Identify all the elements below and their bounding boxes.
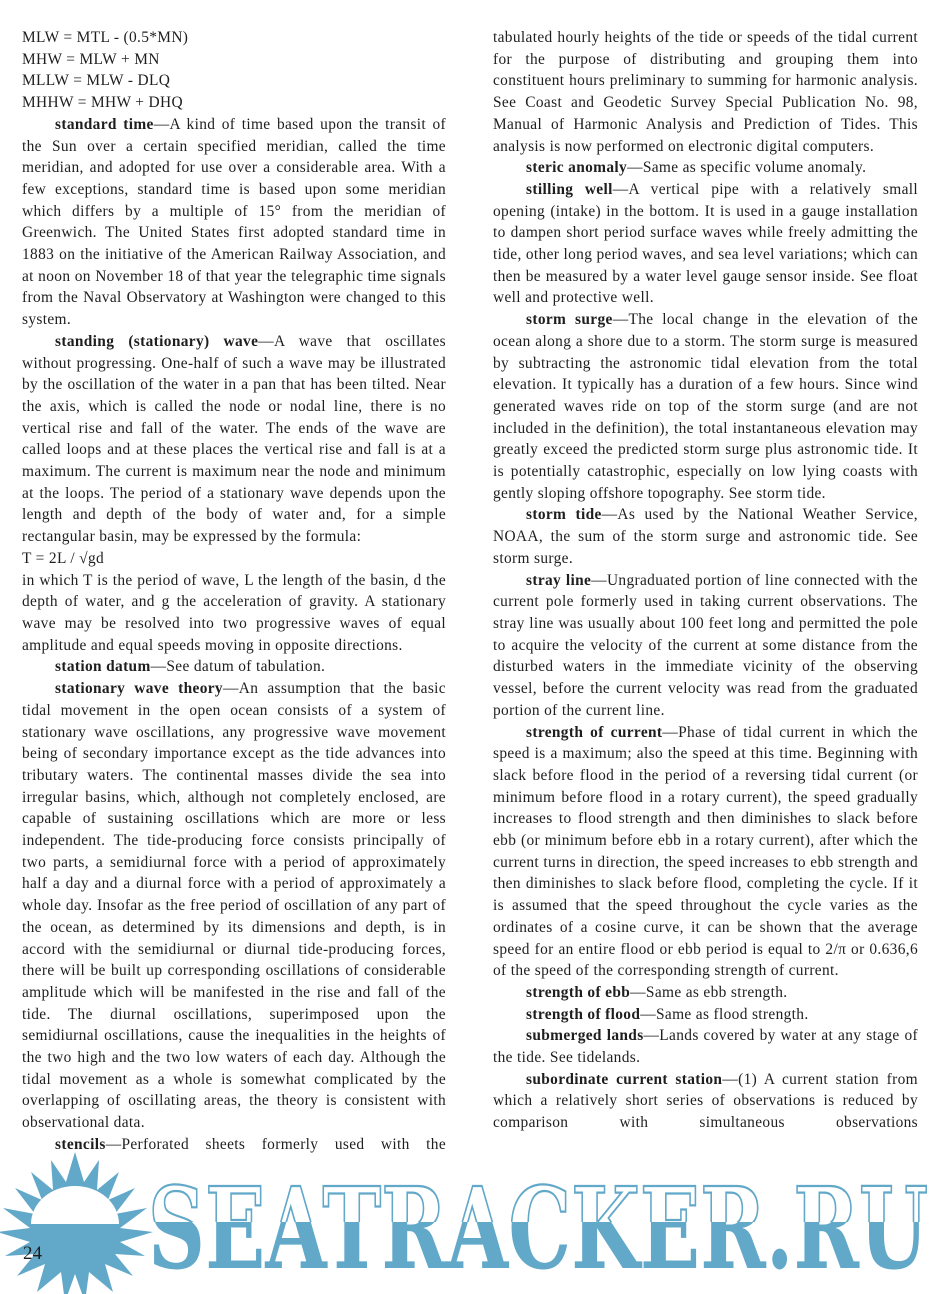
glossary-entry-steric-anomaly: steric anomaly—Same as specific volume a… — [493, 157, 918, 179]
left-column: MLW = MTL - (0.5*MN) MHW = MLW + MN MLLW… — [22, 27, 446, 1156]
entry-definition: A wave that oscillates without progressi… — [22, 333, 446, 545]
glossary-entry-stilling-well: stilling well—A vertical pipe with a rel… — [493, 179, 918, 309]
sunburst-logo-icon — [0, 1152, 153, 1294]
entry-definition: An assumption that the basic tidal movem… — [22, 680, 446, 1131]
entry-definition: Same as ebb strength. — [646, 984, 788, 1001]
em-dash: — — [258, 333, 274, 350]
em-dash: — — [644, 1027, 660, 1044]
entry-term: stationary wave theory — [55, 680, 223, 697]
entry-continuation: tabulated hourly heights of the tide or … — [493, 27, 918, 157]
glossary-entry-subordinate-current-station: subordinate current station—(1) A curren… — [493, 1069, 918, 1134]
glossary-entry-strength-of-current: strength of current—Phase of tidal curre… — [493, 722, 918, 982]
entry-term: standard time — [55, 116, 154, 133]
entry-term: strength of current — [526, 724, 662, 741]
entry-definition: Same as specific volume anomaly. — [643, 159, 866, 176]
em-dash: — — [151, 658, 167, 675]
em-dash: — — [722, 1071, 738, 1088]
watermark-text-fill: SEATRACKER.RU — [148, 1164, 928, 1294]
watermark-text-outline: SEATRACKER.RU — [148, 1164, 928, 1294]
glossary-entry-stationary-wave-theory: stationary wave theory—An assumption tha… — [22, 678, 446, 1134]
entry-term: storm tide — [526, 506, 602, 523]
entry-definition: Phase of tidal current in which the spee… — [493, 724, 918, 980]
entry-term: standing (stationary) wave — [55, 333, 258, 350]
entry-definition: A kind of time based upon the transit of… — [22, 116, 446, 328]
glossary-entry-strength-of-flood: strength of flood—Same as flood strength… — [493, 1004, 918, 1026]
entry-term: stilling well — [526, 181, 613, 198]
glossary-entry-submerged-lands: submerged lands—Lands covered by water a… — [493, 1025, 918, 1068]
glossary-entry-storm-tide: storm tide—As used by the National Weath… — [493, 504, 918, 569]
formula-mhhw: MHHW = MHW + DHQ — [22, 92, 446, 114]
em-dash: — — [640, 1006, 656, 1023]
entry-term: subordinate current station — [526, 1071, 722, 1088]
em-dash: — — [627, 159, 643, 176]
glossary-entry-storm-surge: storm surge—The local change in the elev… — [493, 309, 918, 504]
entry-term: strength of flood — [526, 1006, 640, 1023]
glossary-entry-standard-time: standard time—A kind of time based upon … — [22, 114, 446, 331]
em-dash: — — [630, 984, 646, 1001]
right-column: tabulated hourly heights of the tide or … — [493, 27, 918, 1134]
glossary-entry-strength-of-ebb: strength of ebb—Same as ebb strength. — [493, 982, 918, 1004]
em-dash: — — [662, 724, 678, 741]
em-dash: — — [223, 680, 239, 697]
entry-definition: See datum of tabulation. — [166, 658, 325, 675]
entry-definition: Same as flood strength. — [656, 1006, 809, 1023]
em-dash: — — [591, 572, 607, 589]
glossary-entry-standing-wave: standing (stationary) wave—A wave that o… — [22, 331, 446, 548]
entry-term: stencils — [55, 1136, 106, 1153]
glossary-entry-stray-line: stray line—Ungraduated portion of line c… — [493, 570, 918, 722]
glossary-entry-stencils: stencils—Perforated sheets formerly used… — [22, 1134, 446, 1156]
em-dash: — — [613, 181, 629, 198]
entry-term: station datum — [55, 658, 151, 675]
glossary-entry-station-datum: station datum—See datum of tabulation. — [22, 656, 446, 678]
entry-term: strength of ebb — [526, 984, 630, 1001]
entry-definition: Perforated sheets formerly used with the — [121, 1136, 446, 1153]
formula-mllw: MLLW = MLW - DLQ — [22, 70, 446, 92]
entry-term: submerged lands — [526, 1027, 644, 1044]
formula-mhw: MHW = MLW + MN — [22, 49, 446, 71]
entry-definition: The local change in the elevation of the… — [493, 311, 918, 502]
em-dash: — — [602, 506, 618, 523]
formula-period: T = 2L / √gd — [22, 548, 446, 570]
em-dash: — — [154, 116, 170, 133]
em-dash: — — [106, 1136, 122, 1153]
entry-term: storm surge — [526, 311, 613, 328]
entry-definition: Ungraduated portion of line connected wi… — [493, 572, 918, 719]
entry-term: stray line — [526, 572, 591, 589]
entry-continuation: in which T is the period of wave, L the … — [22, 570, 446, 657]
document-page: MLW = MTL - (0.5*MN) MHW = MLW + MN MLLW… — [0, 0, 950, 1294]
formula-mlw: MLW = MTL - (0.5*MN) — [22, 27, 446, 49]
entry-term: steric anomaly — [526, 159, 627, 176]
page-number: 24 — [23, 1243, 42, 1265]
watermark: SEATRACKER.RU SEATRACKER.RU — [0, 1150, 950, 1294]
entry-definition: A vertical pipe with a relatively small … — [493, 181, 918, 307]
em-dash: — — [613, 311, 629, 328]
